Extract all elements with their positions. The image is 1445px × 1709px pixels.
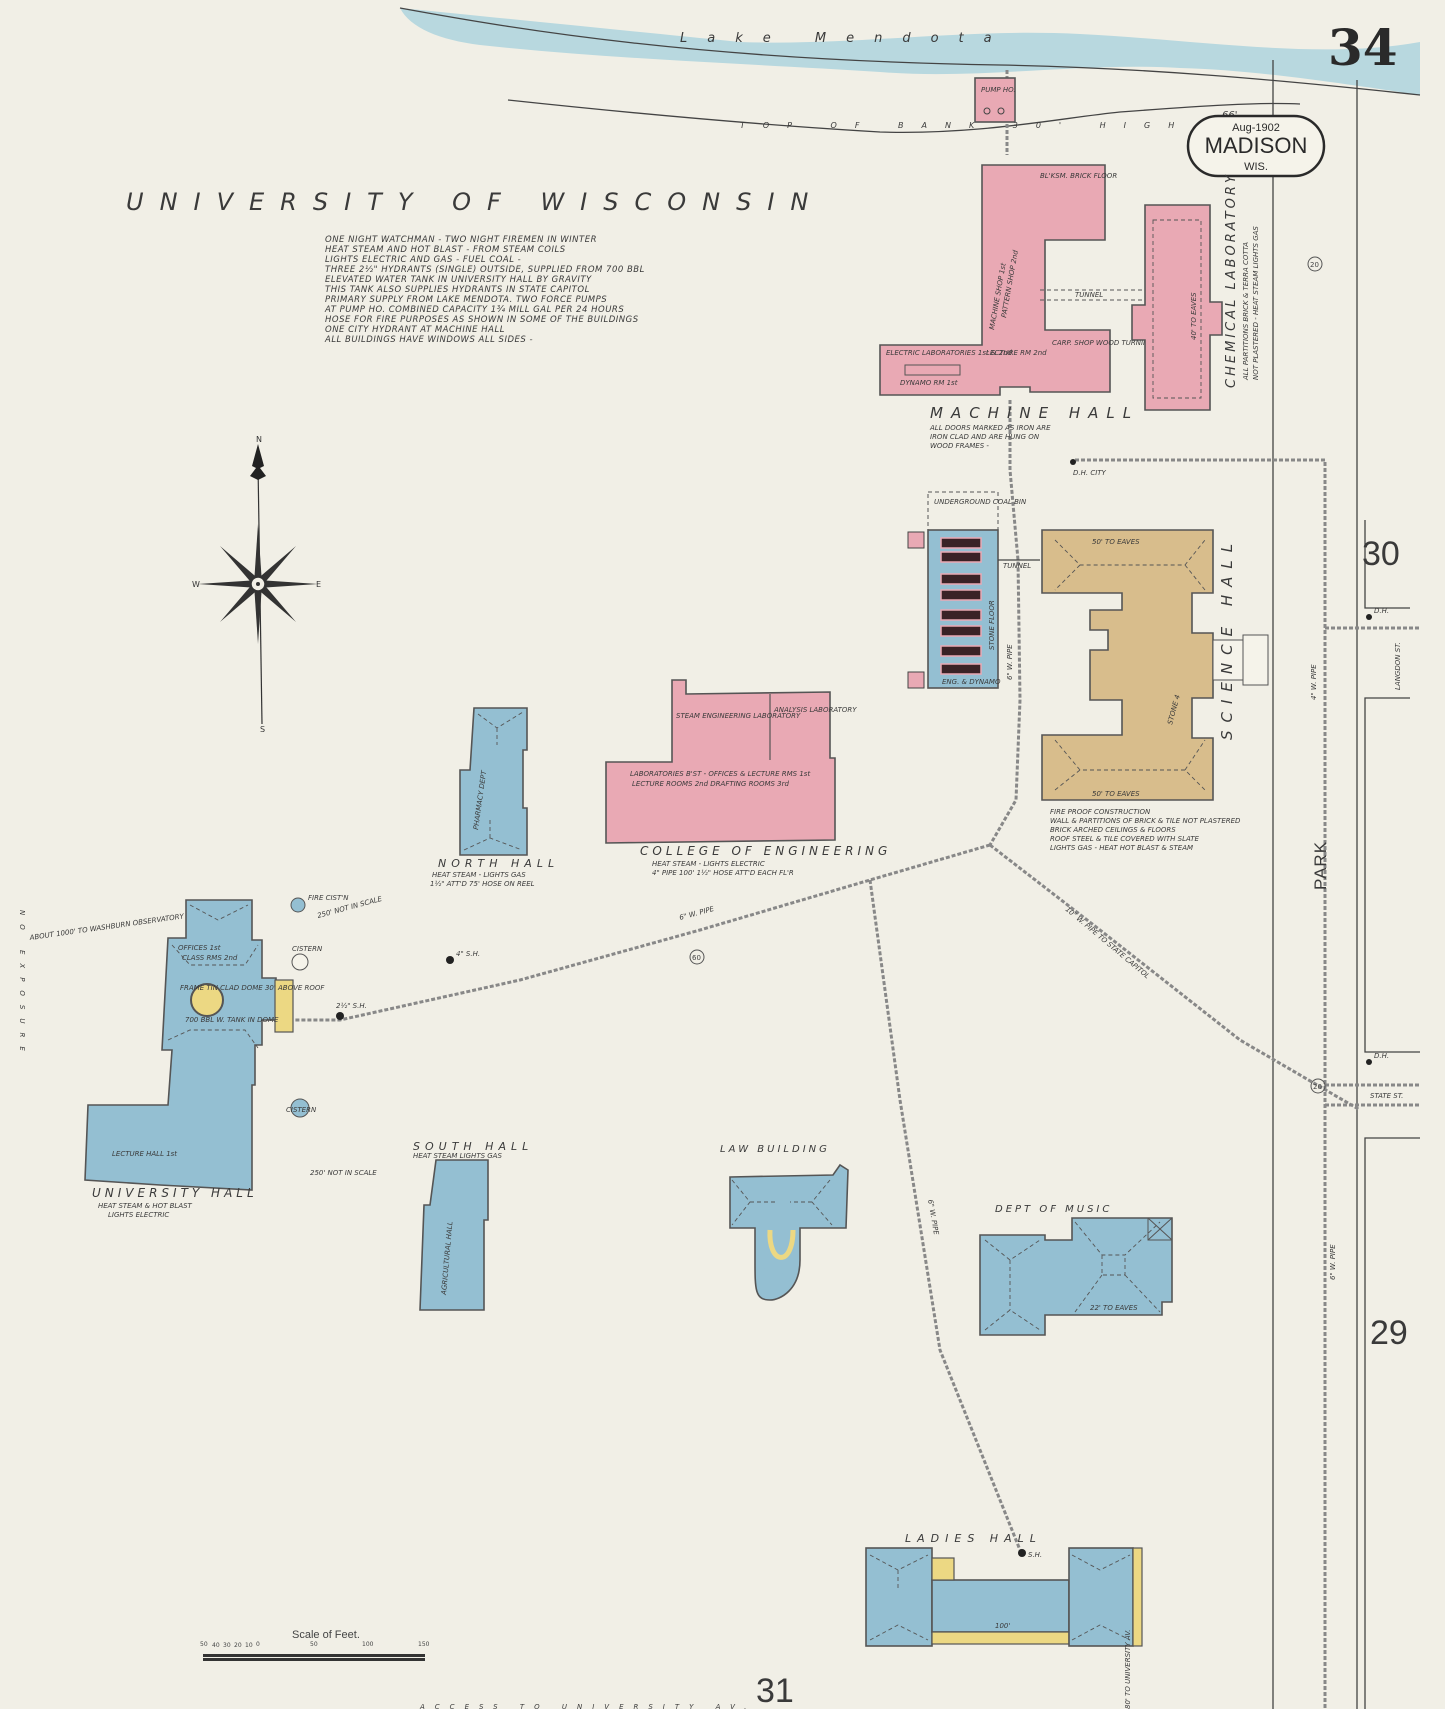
- svg-text:150: 150: [418, 1641, 430, 1648]
- park-label: PARK: [1311, 841, 1330, 890]
- svg-text:50: 50: [200, 1641, 208, 1648]
- dept-of-music[interactable]: DEPT OF MUSIC 22' TO EAVES: [980, 1204, 1172, 1335]
- svg-text:LIGHTS ELECTRIC AND GAS - FUEL: LIGHTS ELECTRIC AND GAS - FUEL COAL -: [325, 255, 521, 265]
- science-hall[interactable]: 50' TO EAVES 50' TO EAVES STONE 4 SCIENC…: [1042, 530, 1268, 852]
- title-cartouche: Aug-1902 MADISON WIS.: [1188, 116, 1324, 176]
- svg-text:ALL PARTITIONS BRICK & TERRA C: ALL PARTITIONS BRICK & TERRA COTTA: [1242, 242, 1250, 381]
- svg-text:20: 20: [1310, 261, 1319, 269]
- svg-text:4" S.H.: 4" S.H.: [456, 950, 480, 958]
- svg-text:D.H. CITY: D.H. CITY: [1073, 469, 1107, 477]
- adjacent-sheet-30: 30: [1362, 535, 1400, 573]
- svg-text:ENG. & DYNAMO: ENG. & DYNAMO: [942, 678, 1001, 686]
- svg-text:LECTURE ROOMS 2nd DRAFTING ROO: LECTURE ROOMS 2nd DRAFTING ROOMS 3rd: [632, 780, 789, 788]
- svg-text:OFFICES 1st: OFFICES 1st: [178, 944, 221, 952]
- svg-text:LECTURE RM 2nd: LECTURE RM 2nd: [986, 349, 1047, 357]
- map-canvas: Lake Mendota TOP OF BANK 30' HIGH 66' 34…: [0, 0, 1445, 1709]
- svg-text:S: S: [260, 725, 265, 734]
- svg-text:D.H.: D.H.: [1374, 1052, 1389, 1060]
- svg-text:10" W. PIPE TO STATE CAPITOL: 10" W. PIPE TO STATE CAPITOL: [1064, 905, 1151, 980]
- svg-text:HEAT STEAM - LIGHTS ELECTRIC: HEAT STEAM - LIGHTS ELECTRIC: [652, 860, 765, 868]
- svg-text:BL'KSM. BRICK FLOOR: BL'KSM. BRICK FLOOR: [1040, 172, 1117, 180]
- chemical-laboratory[interactable]: 40' TO EAVES CHEMICAL LABORATORY ALL PAR…: [1132, 172, 1260, 410]
- machine-hall-name: MACHINE HALL: [930, 404, 1139, 422]
- svg-text:LECTURE HALL 1st: LECTURE HALL 1st: [112, 1150, 177, 1158]
- svg-text:N: N: [256, 435, 262, 444]
- svg-text:LABORATORIES B'ST - OFFICES &: LABORATORIES B'ST - OFFICES & LECTURE RM…: [630, 770, 810, 778]
- svg-text:ONE NIGHT WATCHMAN - TWO NIGHT: ONE NIGHT WATCHMAN - TWO NIGHT FIREMEN I…: [325, 235, 597, 245]
- svg-text:30: 30: [223, 1642, 231, 1649]
- svg-text:CISTERN: CISTERN: [292, 945, 323, 953]
- svg-text:PUMP HO.: PUMP HO.: [981, 86, 1016, 94]
- margin-note: NO EXPOSURE: [18, 910, 26, 1060]
- campus-title: UNIVERSITY OF WISCONSIN: [126, 188, 824, 216]
- svg-text:UNDERGROUND COAL BIN: UNDERGROUND COAL BIN: [934, 498, 1027, 506]
- svg-text:4" W. PIPE: 4" W. PIPE: [1310, 664, 1318, 700]
- law-building-name: LAW BUILDING: [720, 1144, 830, 1155]
- svg-text:50' TO EAVES: 50' TO EAVES: [1092, 790, 1140, 798]
- dept-music-name: DEPT OF MUSIC: [995, 1204, 1112, 1215]
- pump-house[interactable]: PUMP HO.: [975, 78, 1016, 122]
- svg-text:PRIMARY SUPPLY FROM LAKE MENDO: PRIMARY SUPPLY FROM LAKE MENDOTA. TWO FO…: [325, 295, 607, 305]
- svg-text:E: E: [316, 580, 321, 589]
- svg-text:6" W. PIPE: 6" W. PIPE: [926, 1199, 940, 1236]
- svg-text:100: 100: [362, 1641, 374, 1648]
- university-hall-name: UNIVERSITY HALL: [92, 1186, 258, 1200]
- svg-text:LIGHTS GAS - HEAT HOT BLAST &: LIGHTS GAS - HEAT HOT BLAST & STEAM: [1050, 844, 1193, 852]
- svg-text:22' TO EAVES: 22' TO EAVES: [1090, 1304, 1138, 1312]
- state-name: WIS.: [1244, 161, 1268, 173]
- svg-text:THIS TANK ALSO SUPPLIES HYDRAN: THIS TANK ALSO SUPPLIES HYDRANTS IN STAT…: [325, 285, 590, 295]
- science-hall-name: SCIENCE HALL: [1218, 536, 1236, 740]
- ladies-hall-name: LADIES HALL: [905, 1532, 1042, 1545]
- svg-text:FIRE CIST'N: FIRE CIST'N: [308, 894, 349, 902]
- state-street-label: STATE ST.: [1370, 1092, 1403, 1100]
- svg-text:0: 0: [256, 1641, 260, 1648]
- compass-rose-icon: N S W E: [192, 435, 321, 734]
- svg-text:100': 100': [995, 1622, 1010, 1630]
- svg-text:6" W. PIPE: 6" W. PIPE: [678, 905, 715, 922]
- bank-label: TOP OF BANK 30' HIGH: [740, 121, 1192, 130]
- svg-text:LIGHTS ELECTRIC: LIGHTS ELECTRIC: [108, 1211, 169, 1219]
- chemical-lab-name: CHEMICAL LABORATORY: [1224, 172, 1239, 388]
- svg-text:6" W. PIPE: 6" W. PIPE: [1329, 1244, 1337, 1280]
- svg-text:1½" ATT'D 75' HOSE ON REEL: 1½" ATT'D 75' HOSE ON REEL: [430, 880, 535, 888]
- svg-text:250' NOT IN SCALE: 250' NOT IN SCALE: [310, 1169, 377, 1177]
- svg-text:ANALYSIS LABORATORY: ANALYSIS LABORATORY: [773, 706, 857, 714]
- svg-text:20: 20: [1313, 1083, 1322, 1091]
- university-hall[interactable]: OFFICES 1st CLASS RMS 2nd FRAME TIN CLAD…: [85, 900, 325, 1219]
- svg-text:40' TO EAVES: 40' TO EAVES: [1190, 292, 1198, 340]
- adjacent-sheet-29: 29: [1370, 1314, 1408, 1352]
- law-building[interactable]: LAW BUILDING: [720, 1144, 848, 1300]
- svg-text:2½" S.H.: 2½" S.H.: [336, 1002, 367, 1010]
- svg-text:ALL BUILDINGS HAVE WINDOWS ALL: ALL BUILDINGS HAVE WINDOWS ALL SIDES -: [324, 335, 533, 345]
- svg-text:60: 60: [692, 954, 701, 962]
- svg-text:10: 10: [245, 1642, 253, 1649]
- svg-text:TUNNEL: TUNNEL: [1075, 291, 1103, 299]
- svg-text:HEAT STEAM LIGHTS GAS: HEAT STEAM LIGHTS GAS: [413, 1152, 502, 1160]
- svg-text:WALL & PARTITIONS OF BRICK & T: WALL & PARTITIONS OF BRICK & TILE NOT PL…: [1050, 817, 1241, 825]
- lake-name: Lake Mendota: [680, 31, 1012, 46]
- svg-text:40: 40: [212, 1642, 220, 1649]
- svg-text:FRAME TIN CLAD DOME 30' ABOVE: FRAME TIN CLAD DOME 30' ABOVE ROOF: [180, 984, 325, 992]
- svg-text:ALL DOORS MARKED AS IRON ARE: ALL DOORS MARKED AS IRON ARE: [929, 424, 1051, 432]
- lake-mendota: [400, 8, 1420, 95]
- svg-text:6" W. PIPE: 6" W. PIPE: [1006, 644, 1014, 680]
- north-hall[interactable]: PHARMACY DEPT NORTH HALL HEAT STEAM - LI…: [430, 708, 559, 888]
- svg-text:CLASS RMS 2nd: CLASS RMS 2nd: [182, 954, 238, 962]
- svg-text:IRON CLAD AND ARE HUNG ON: IRON CLAD AND ARE HUNG ON: [930, 433, 1040, 441]
- svg-text:DYNAMO RM 1st: DYNAMO RM 1st: [900, 379, 958, 387]
- svg-text:WOOD FRAMES -: WOOD FRAMES -: [930, 442, 989, 450]
- city-name: MADISON: [1205, 133, 1308, 158]
- svg-text:ONE CITY HYDRANT AT MACHINE HA: ONE CITY HYDRANT AT MACHINE HALL: [325, 325, 505, 335]
- svg-text:FIRE PROOF CONSTRUCTION: FIRE PROOF CONSTRUCTION: [1050, 808, 1151, 816]
- svg-text:S.H.: S.H.: [1028, 1551, 1042, 1559]
- college-of-engineering[interactable]: STEAM ENGINEERING LABORATORY ANALYSIS LA…: [606, 680, 891, 877]
- svg-text:AT PUMP HO. COMBINED CAPACITY: AT PUMP HO. COMBINED CAPACITY 1¾ MILL GA…: [324, 305, 624, 315]
- svg-text:20: 20: [234, 1642, 242, 1649]
- svg-text:700 BBL W. TANK IN DOME: 700 BBL W. TANK IN DOME: [185, 1016, 279, 1024]
- svg-text:TUNNEL: TUNNEL: [1003, 562, 1031, 570]
- svg-text:NOT PLASTERED - HEAT STEAM LIG: NOT PLASTERED - HEAT STEAM LIGHTS GAS: [1252, 226, 1260, 380]
- svg-text:STONE FLOOR: STONE FLOOR: [988, 600, 996, 650]
- svg-text:W: W: [192, 580, 200, 589]
- svg-text:HEAT STEAM - LIGHTS GAS: HEAT STEAM - LIGHTS GAS: [432, 871, 526, 879]
- south-hall[interactable]: SOUTH HALL HEAT STEAM LIGHTS GAS AGRICUL…: [413, 1140, 533, 1310]
- svg-text:HEAT STEAM & HOT BLAST: HEAT STEAM & HOT BLAST: [98, 1202, 193, 1210]
- svg-text:50: 50: [310, 1641, 318, 1648]
- svg-text:HEAT STEAM AND HOT BLAST - FRO: HEAT STEAM AND HOT BLAST - FROM STEAM CO…: [325, 245, 566, 255]
- svg-text:THREE 2½" HYDRANTS (SINGLE) OU: THREE 2½" HYDRANTS (SINGLE) OUTSIDE, SUP…: [325, 265, 645, 275]
- svg-text:HOSE FOR FIRE PURPOSES AS SHOW: HOSE FOR FIRE PURPOSES AS SHOWN IN SOME …: [325, 315, 639, 325]
- svg-text:ELEVATED WATER TANK IN UNIVERS: ELEVATED WATER TANK IN UNIVERSITY HALL B…: [325, 275, 592, 285]
- north-hall-name: NORTH HALL: [438, 857, 559, 870]
- svg-text:BRICK ARCHED CEILINGS & FLOORS: BRICK ARCHED CEILINGS & FLOORS: [1050, 826, 1176, 834]
- scale-of-feet: Scale of Feet. 50 40 30 20 10 0 50 100 1…: [200, 1629, 430, 1661]
- svg-text:4" PIPE 100' 1½" HOSE ATT'D EA: 4" PIPE 100' 1½" HOSE ATT'D EACH FL'R: [652, 869, 794, 877]
- adjacent-sheet-31: 31: [756, 1672, 794, 1709]
- machine-hall[interactable]: BL'KSM. BRICK FLOOR MACHINE SHOP 1st PAT…: [880, 165, 1170, 450]
- sanborn-map-sheet: Lake Mendota TOP OF BANK 30' HIGH 66' 34…: [0, 0, 1445, 1709]
- svg-text:Scale of Feet.: Scale of Feet.: [292, 1629, 360, 1641]
- sheet-number: 34: [1328, 18, 1398, 77]
- observatory-note: ABOUT 1000' TO WASHBURN OBSERVATORY: [28, 912, 185, 942]
- ladies-hall[interactable]: LADIES HALL 100': [866, 1532, 1142, 1646]
- svg-text:D.H.: D.H.: [1374, 607, 1389, 615]
- svg-text:ROOF STEEL & TILE COVERED WITH: ROOF STEEL & TILE COVERED WITH SLATE: [1050, 835, 1200, 843]
- svg-text:80' TO UNIVERSITY AV.: 80' TO UNIVERSITY AV.: [1124, 1629, 1132, 1709]
- bottom-street-label: ACCESS TO UNIVERSITY AV.: [419, 1703, 756, 1709]
- svg-text:50' TO EAVES: 50' TO EAVES: [1092, 538, 1140, 546]
- campus-notes: ONE NIGHT WATCHMAN - TWO NIGHT FIREMEN I…: [324, 235, 645, 345]
- langdon-street-label: LANGDON ST.: [1394, 642, 1402, 690]
- svg-text:CISTERN: CISTERN: [286, 1106, 317, 1114]
- engineering-name: COLLEGE OF ENGINEERING: [640, 844, 891, 858]
